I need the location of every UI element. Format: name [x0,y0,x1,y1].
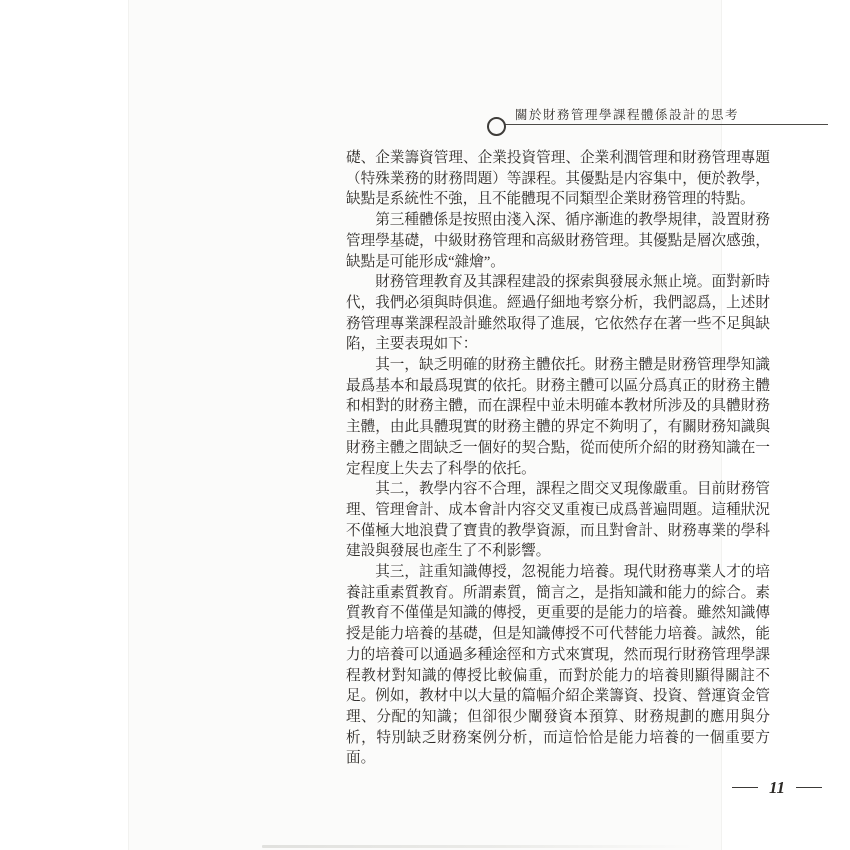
running-head: 關於財務管理學課程體係設計的思考 [515,105,739,123]
page-number-dash-right [796,787,822,788]
paragraph: 其二，教學内容不合理，課程之間交叉現像嚴重。目前財務管理、管理會計、成本會計内容… [346,479,770,562]
header-rule [504,124,828,125]
scan-page: 關於財務管理學課程體係設計的思考 礎、企業籌資管理、企業投資管理、企業利潤管理和… [128,0,722,850]
page-number: 11 [769,779,785,796]
page-number-group: 11 [732,779,822,796]
page-number-dash-left [732,787,758,788]
scan-edge-artifact [262,845,694,848]
paragraph: 其三，註重知識傳授，忽視能力培養。現代財務專業人才的培養註重素質教育。所謂素質，… [346,562,770,769]
header-ring-icon [487,117,506,136]
paragraph: 其一，缺乏明確的財務主體依托。財務主體是財務管理學知識最爲基本和最爲現實的依托。… [346,355,770,479]
paragraph: 第三種體係是按照由淺入深、循序漸進的教學規律，設置財務管理學基礎，中級財務管理和… [346,210,770,272]
paragraph: 礎、企業籌資管理、企業投資管理、企業利潤管理和財務管理專題（特殊業務的財務問題）… [346,148,770,210]
body-text: 礎、企業籌資管理、企業投資管理、企業利潤管理和財務管理專題（特殊業務的財務問題）… [346,148,770,769]
paragraph: 財務管理教育及其課程建設的探索與發展永無止境。面對新時代，我們必須與時俱進。經過… [346,272,770,355]
